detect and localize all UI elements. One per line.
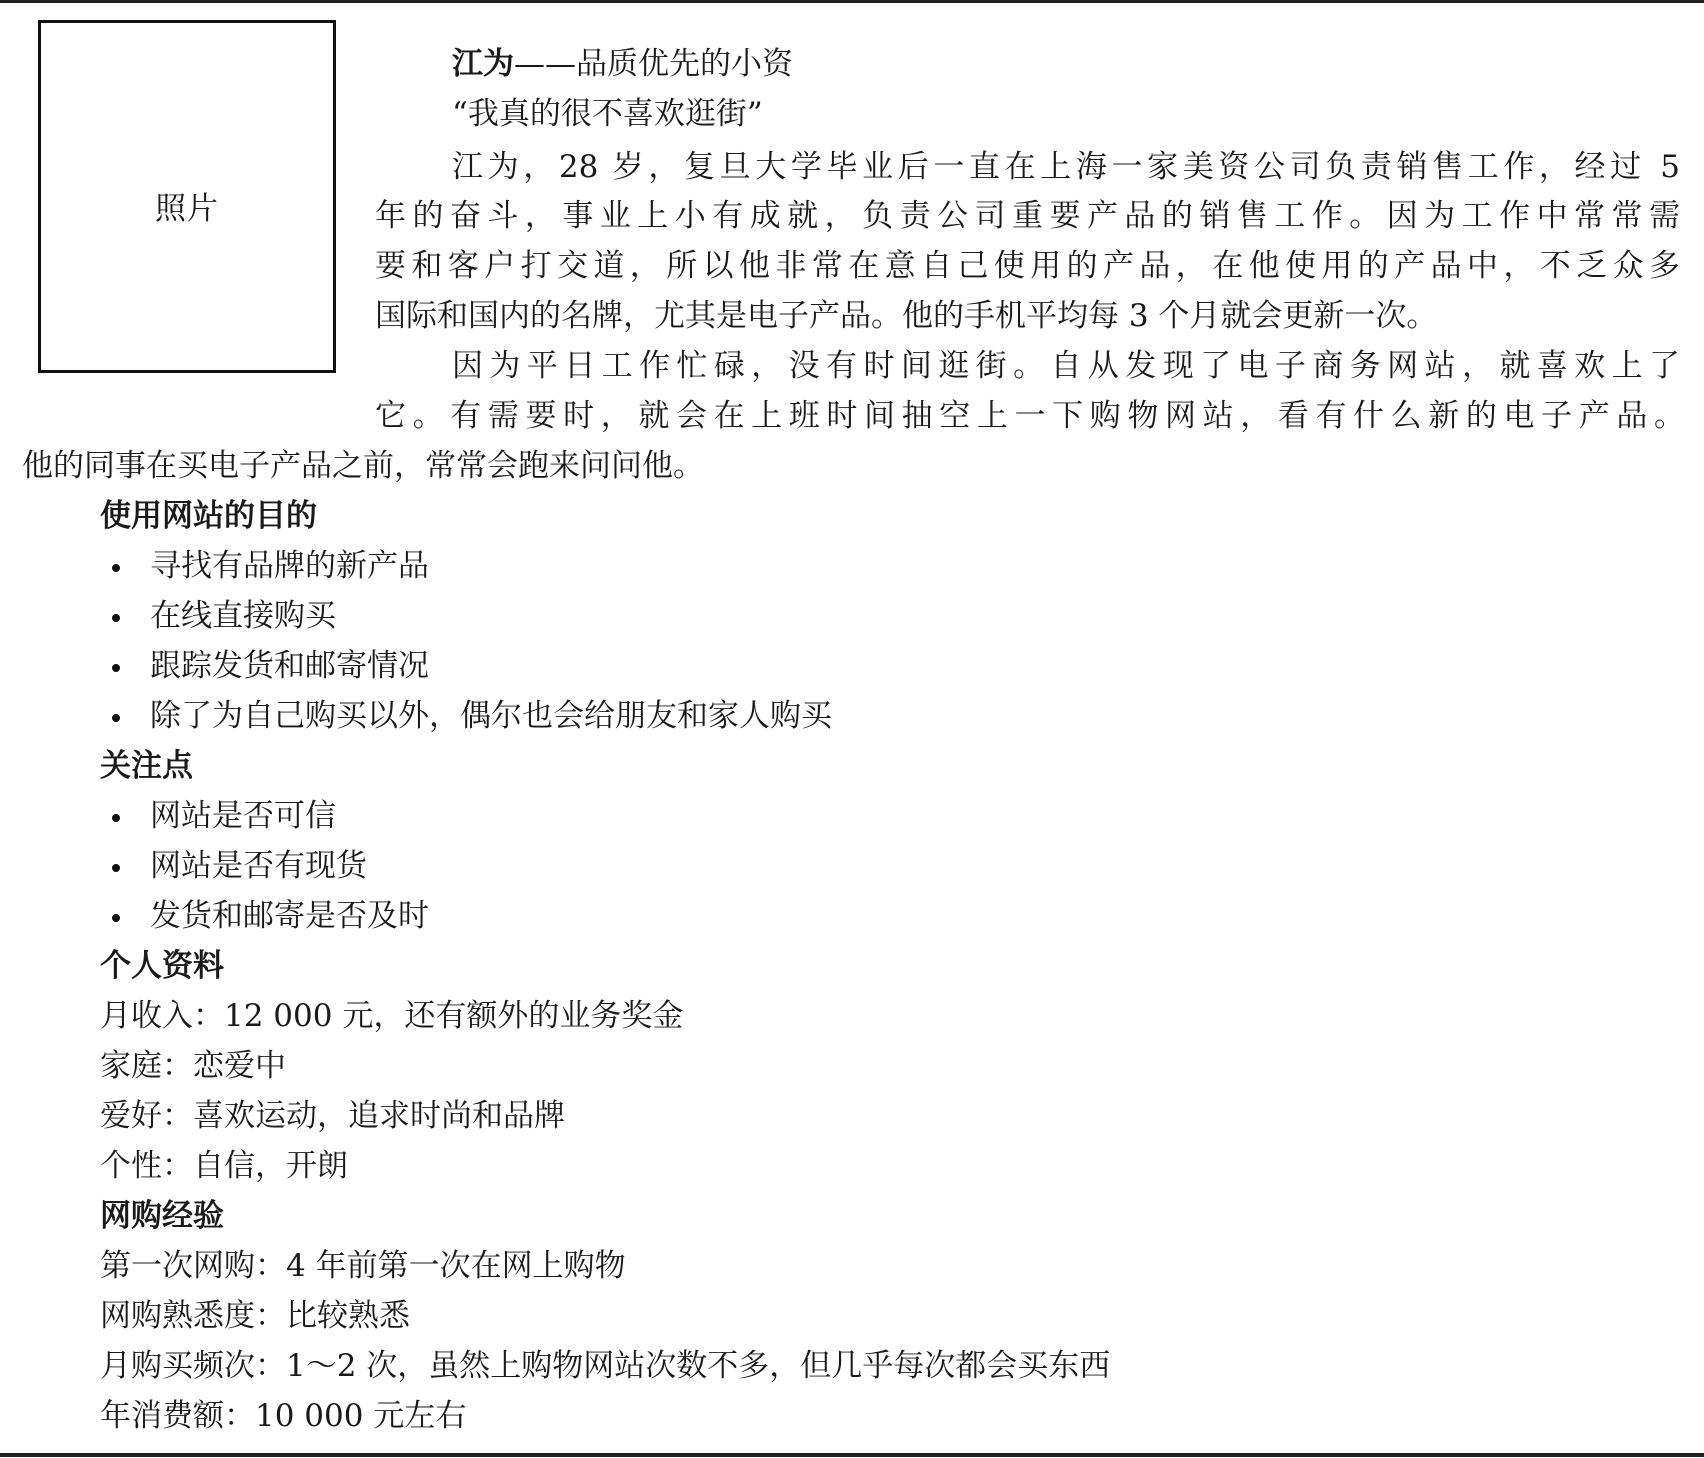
persona-name: 江为 xyxy=(452,46,514,82)
bullet-icon xyxy=(112,714,120,722)
profile-family: 家庭：恋爱中 xyxy=(100,1046,286,1086)
experience-frequency: 月购买频次：1～2 次，虽然上购物网站次数不多，但几乎每次都会买东西 xyxy=(100,1346,1110,1386)
bullet-icon xyxy=(112,814,120,822)
bullet-icon xyxy=(112,914,120,922)
list-item: 网站是否有现货 xyxy=(100,846,367,886)
section-heading-concerns: 关注点 xyxy=(100,746,193,786)
bullet-icon xyxy=(112,564,120,572)
top-rule xyxy=(0,0,1704,3)
profile-personality: 个性：自信，开朗 xyxy=(100,1146,348,1186)
bullet-icon xyxy=(112,864,120,872)
persona-quote: “我真的很不喜欢逛街” xyxy=(452,94,763,134)
intro-line-3: 要和客户打交道，所以他非常在意自己使用的产品，在他使用的产品中，不乏众多 xyxy=(375,246,1680,286)
profile-hobbies: 爱好：喜欢运动，追求时尚和品牌 xyxy=(100,1096,565,1136)
section-heading-experience: 网购经验 xyxy=(100,1196,224,1236)
intro-line-1: 江为，28 岁，复旦大学毕业后一直在上海一家美资公司负责销售工作，经过 5 xyxy=(452,147,1680,187)
list-item: 网站是否可信 xyxy=(100,796,336,836)
intro-line-4: 国际和国内的名牌，尤其是电子产品。他的手机平均每 3 个月就会更新一次。 xyxy=(375,296,1437,336)
list-item: 发货和邮寄是否及时 xyxy=(100,896,429,936)
list-item: 寻找有品牌的新产品 xyxy=(100,546,429,586)
experience-annual-spend: 年消费额：10 000 元左右 xyxy=(100,1396,466,1436)
profile-income: 月收入：12 000 元，还有额外的业务奖金 xyxy=(100,996,683,1036)
bullet-icon xyxy=(112,664,120,672)
list-item: 跟踪发货和邮寄情况 xyxy=(100,646,429,686)
persona-tagline: ——品质优先的小资 xyxy=(514,46,793,82)
section-heading-purpose: 使用网站的目的 xyxy=(100,496,317,536)
experience-first: 第一次网购：4 年前第一次在网上购物 xyxy=(100,1246,626,1286)
intro-line-7: 他的同事在买电子产品之前，常常会跑来问问他。 xyxy=(22,446,704,486)
bottom-rule xyxy=(0,1453,1704,1457)
persona-title: 江为——品质优先的小资 xyxy=(452,44,793,84)
photo-placeholder: 照片 xyxy=(38,20,336,373)
section-heading-profile: 个人资料 xyxy=(100,946,224,986)
photo-label: 照片 xyxy=(41,183,333,228)
intro-line-6: 它。有需要时，就会在上班时间抽空上一下购物网站，看有什么新的电子产品。 xyxy=(375,396,1685,436)
experience-familiarity: 网购熟悉度：比较熟悉 xyxy=(100,1296,410,1336)
list-item: 除了为自己购买以外，偶尔也会给朋友和家人购买 xyxy=(100,696,832,736)
bullet-icon xyxy=(112,614,120,622)
list-item: 在线直接购买 xyxy=(100,596,336,636)
intro-line-5: 因为平日工作忙碌，没有时间逛街。自从发现了电子商务网站，就喜欢上了 xyxy=(452,346,1680,386)
intro-line-2: 年的奋斗，事业上小有成就，负责公司重要产品的销售工作。因为工作中常常需 xyxy=(375,196,1680,236)
